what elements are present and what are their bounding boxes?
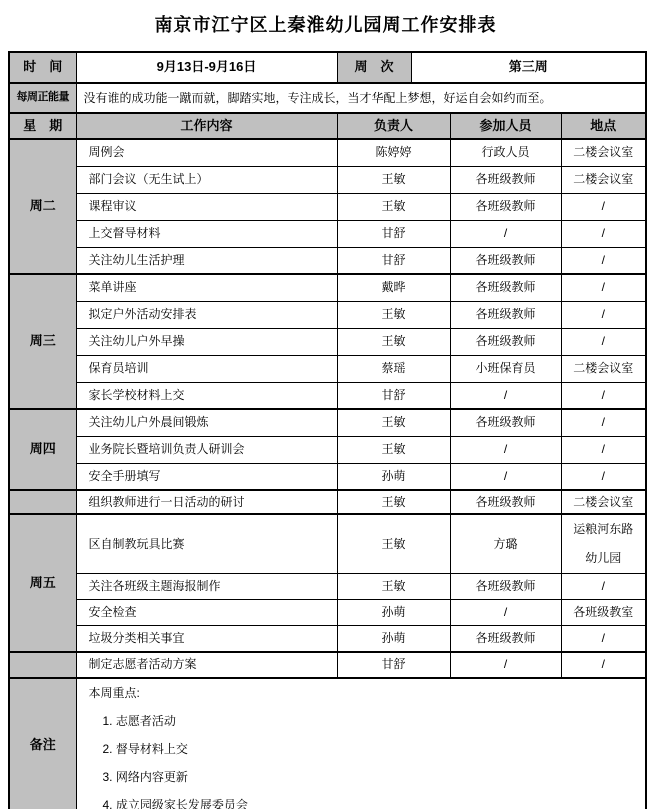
task-cell: 菜单讲座: [76, 274, 337, 301]
weekly-schedule-table: 时 间 9月13日-9月16日 周 次 第三周 每周正能量 没有谁的成功能一蹴而…: [8, 51, 647, 809]
person-cell: 甘舒: [337, 382, 450, 409]
task-cell: 家长学校材料上交: [76, 382, 337, 409]
table-row: 周五 区自制教玩具比赛 王敏 方璐 运粮河东路 幼儿园: [9, 514, 646, 574]
location-cell: 二楼会议室: [561, 166, 646, 193]
table-row: 周二 周例会 陈婷婷 行政人员 二楼会议室: [9, 139, 646, 166]
person-cell: 陈婷婷: [337, 139, 450, 166]
task-cell: 组织教师进行一日活动的研讨: [76, 490, 337, 514]
location-cell: 运粮河东路 幼儿园: [561, 514, 646, 574]
person-cell: 戴晔: [337, 274, 450, 301]
task-cell: 关注各班级主题海报制作: [76, 574, 337, 600]
person-cell: 王敏: [337, 574, 450, 600]
table-row: 关注幼儿户外早操 王敏 各班级教师 /: [9, 328, 646, 355]
location-cell: /: [561, 652, 646, 678]
location-cell: /: [561, 193, 646, 220]
participants-cell: /: [450, 382, 561, 409]
participants-cell: /: [450, 436, 561, 463]
task-cell: 周例会: [76, 139, 337, 166]
table-row: 周四 关注幼儿户外晨间锻炼 王敏 各班级教师 /: [9, 409, 646, 436]
location-cell: /: [561, 247, 646, 274]
location-cell: /: [561, 274, 646, 301]
participants-cell: 各班级教师: [450, 193, 561, 220]
task-cell: 关注幼儿户外晨间锻炼: [76, 409, 337, 436]
person-cell: 王敏: [337, 193, 450, 220]
week-label-cell: 周 次: [337, 52, 411, 83]
person-cell: 甘舒: [337, 220, 450, 247]
remarks-heading: 本周重点:: [89, 686, 646, 701]
table-row: 保育员培训 蔡瑶 小班保育员 二楼会议室: [9, 355, 646, 382]
table-row: 组织教师进行一日活动的研讨 王敏 各班级教师 二楼会议室: [9, 490, 646, 514]
header-participants: 参加人员: [450, 113, 561, 139]
table-row: 安全手册填写 孙萌 / /: [9, 463, 646, 490]
task-cell: 关注幼儿生活护理: [76, 247, 337, 274]
location-cell: 各班级教室: [561, 600, 646, 626]
location-cell: 二楼会议室: [561, 490, 646, 514]
remarks-item: 2. 督导材料上交: [103, 742, 646, 757]
table-row: 关注幼儿生活护理 甘舒 各班级教师 /: [9, 247, 646, 274]
table-row: 垃圾分类相关事宜 孙萌 各班级教师 /: [9, 626, 646, 652]
participants-cell: /: [450, 220, 561, 247]
table-row: 拟定户外活动安排表 王敏 各班级教师 /: [9, 301, 646, 328]
participants-cell: 各班级教师: [450, 301, 561, 328]
participants-cell: 各班级教师: [450, 574, 561, 600]
participants-cell: /: [450, 600, 561, 626]
task-cell: 保育员培训: [76, 355, 337, 382]
task-cell: 上交督导材料: [76, 220, 337, 247]
location-cell: /: [561, 436, 646, 463]
page-title: 南京市江宁区上秦淮幼儿园周工作安排表: [0, 0, 651, 37]
person-cell: 王敏: [337, 166, 450, 193]
participants-cell: /: [450, 652, 561, 678]
task-cell: 安全手册填写: [76, 463, 337, 490]
person-cell: 王敏: [337, 409, 450, 436]
person-cell: 蔡瑶: [337, 355, 450, 382]
task-cell: 课程审议: [76, 193, 337, 220]
person-cell: 孙萌: [337, 600, 450, 626]
header-location: 地点: [561, 113, 646, 139]
task-cell: 安全检查: [76, 600, 337, 626]
person-cell: 王敏: [337, 490, 450, 514]
person-cell: 孙萌: [337, 463, 450, 490]
task-cell: 区自制教玩具比赛: [76, 514, 337, 574]
table-row: 家长学校材料上交 甘舒 / /: [9, 382, 646, 409]
time-value-cell: 9月13日-9月16日: [76, 52, 337, 83]
task-cell: 制定志愿者活动方案: [76, 652, 337, 678]
remarks-row: 备注 本周重点: 1. 志愿者活动 2. 督导材料上交 3. 网络内容更新 4.…: [9, 678, 646, 809]
location-cell: /: [561, 409, 646, 436]
person-cell: 王敏: [337, 328, 450, 355]
header-day: 星 期: [9, 113, 76, 139]
day-cell-tuesday: 周二: [9, 139, 76, 274]
motto-row: 每周正能量 没有谁的成功能一蹴而就，脚踏实地，专注成长，当才华配上梦想，好运自会…: [9, 83, 646, 113]
location-cell: /: [561, 382, 646, 409]
participants-cell: 各班级教师: [450, 274, 561, 301]
day-cell-empty: [9, 490, 76, 514]
table-row: 周三 菜单讲座 戴晔 各班级教师 /: [9, 274, 646, 301]
participants-cell: 各班级教师: [450, 626, 561, 652]
task-cell: 部门会议（无生试上）: [76, 166, 337, 193]
motto-text-cell: 没有谁的成功能一蹴而就，脚踏实地，专注成长，当才华配上梦想，好运自会如约而至。: [76, 83, 646, 113]
person-cell: 孙萌: [337, 626, 450, 652]
person-cell: 甘舒: [337, 247, 450, 274]
participants-cell: 各班级教师: [450, 490, 561, 514]
location-cell: /: [561, 328, 646, 355]
day-cell-wednesday: 周三: [9, 274, 76, 409]
location-cell: /: [561, 220, 646, 247]
person-cell: 王敏: [337, 301, 450, 328]
remarks-label-cell: 备注: [9, 678, 76, 809]
person-cell: 甘舒: [337, 652, 450, 678]
table-row: 部门会议（无生试上） 王敏 各班级教师 二楼会议室: [9, 166, 646, 193]
task-cell: 拟定户外活动安排表: [76, 301, 337, 328]
location-cell: /: [561, 463, 646, 490]
participants-cell: /: [450, 463, 561, 490]
task-cell: 关注幼儿户外早操: [76, 328, 337, 355]
remarks-item: 4. 成立园级家长发展委员会: [103, 798, 646, 809]
location-cell: /: [561, 301, 646, 328]
table-row: 关注各班级主题海报制作 王敏 各班级教师 /: [9, 574, 646, 600]
location-cell: 二楼会议室: [561, 355, 646, 382]
day-cell-thursday: 周四: [9, 409, 76, 490]
person-cell: 王敏: [337, 436, 450, 463]
table-row: 制定志愿者活动方案 甘舒 / /: [9, 652, 646, 678]
table-row: 上交督导材料 甘舒 / /: [9, 220, 646, 247]
header-person: 负责人: [337, 113, 450, 139]
motto-label-cell: 每周正能量: [9, 83, 76, 113]
person-cell: 王敏: [337, 514, 450, 574]
week-value-cell: 第三周: [411, 52, 646, 83]
time-label-cell: 时 间: [9, 52, 76, 83]
location-cell: /: [561, 574, 646, 600]
participants-cell: 方璐: [450, 514, 561, 574]
participants-cell: 行政人员: [450, 139, 561, 166]
location-cell: 二楼会议室: [561, 139, 646, 166]
table-row: 安全检查 孙萌 / 各班级教室: [9, 600, 646, 626]
task-cell: 垃圾分类相关事宜: [76, 626, 337, 652]
participants-cell: 各班级教师: [450, 328, 561, 355]
task-cell: 业务院长暨培训负责人研训会: [76, 436, 337, 463]
participants-cell: 小班保育员: [450, 355, 561, 382]
participants-cell: 各班级教师: [450, 247, 561, 274]
remarks-item: 1. 志愿者活动: [103, 714, 646, 729]
header-content: 工作内容: [76, 113, 337, 139]
table-row: 业务院长暨培训负责人研训会 王敏 / /: [9, 436, 646, 463]
day-cell-friday: 周五: [9, 514, 76, 652]
day-cell-empty: [9, 652, 76, 678]
info-row: 时 间 9月13日-9月16日 周 次 第三周: [9, 52, 646, 83]
remarks-item: 3. 网络内容更新: [103, 770, 646, 785]
location-cell: /: [561, 626, 646, 652]
participants-cell: 各班级教师: [450, 166, 561, 193]
remarks-content-cell: 本周重点: 1. 志愿者活动 2. 督导材料上交 3. 网络内容更新 4. 成立…: [76, 678, 646, 809]
participants-cell: 各班级教师: [450, 409, 561, 436]
column-header-row: 星 期 工作内容 负责人 参加人员 地点: [9, 113, 646, 139]
table-row: 课程审议 王敏 各班级教师 /: [9, 193, 646, 220]
